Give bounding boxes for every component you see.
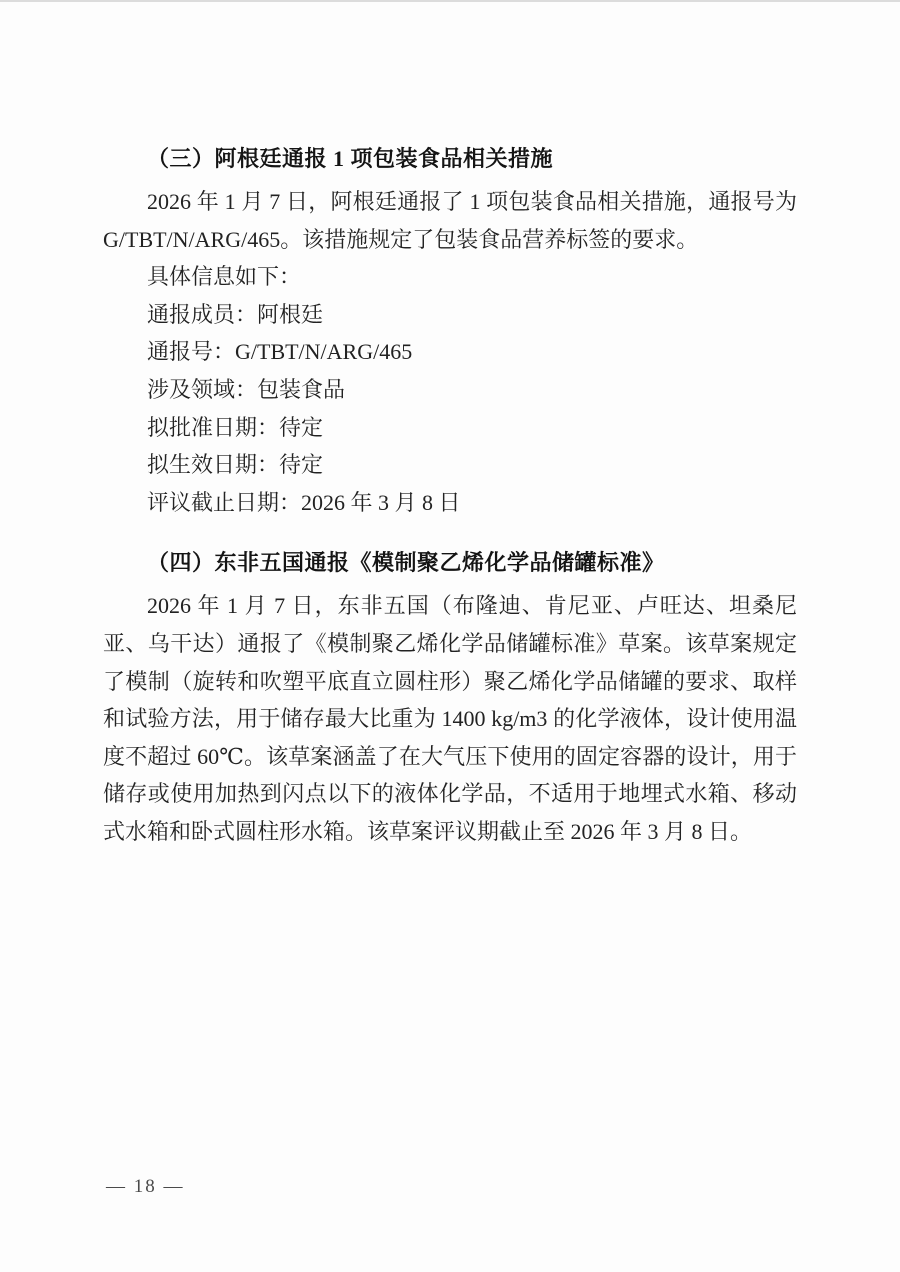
info-line-proposed-effective-date: 拟生效日期：待定 [103, 446, 797, 484]
info-line-notification-number: 通报号：G/TBT/N/ARG/465 [103, 333, 797, 371]
page-footer: — 18 — [106, 1176, 185, 1198]
section-argentina-packaged-food: （三）阿根廷通报 1 项包装食品相关措施 2026 年 1 月 7 日，阿根廷通… [103, 144, 797, 521]
section-east-africa-tank-standard: （四）东非五国通报《模制聚乙烯化学品储罐标准》 2026 年 1 月 7 日，东… [103, 548, 797, 850]
paragraph-intro: 2026 年 1 月 7 日，阿根廷通报了 1 项包装食品相关措施，通报号为 G… [103, 183, 797, 258]
section-heading: （四）东非五国通报《模制聚乙烯化学品储罐标准》 [103, 548, 797, 578]
info-line-field: 涉及领域：包装食品 [103, 371, 797, 409]
scan-edge-artifact [0, 0, 900, 2]
info-line-comment-deadline: 评议截止日期：2026 年 3 月 8 日 [103, 484, 797, 522]
info-line-proposed-adoption-date: 拟批准日期：待定 [103, 409, 797, 447]
paragraph-body: 2026 年 1 月 7 日，东非五国（布隆迪、肯尼亚、卢旺达、坦桑尼亚、乌干达… [103, 587, 797, 850]
document-content: （三）阿根廷通报 1 项包装食品相关措施 2026 年 1 月 7 日，阿根廷通… [103, 144, 797, 851]
document-page: （三）阿根廷通报 1 项包装食品相关措施 2026 年 1 月 7 日，阿根廷通… [0, 0, 900, 1272]
info-line-notifying-member: 通报成员：阿根廷 [103, 296, 797, 334]
info-list-lead: 具体信息如下： [103, 258, 797, 296]
section-heading: （三）阿根廷通报 1 项包装食品相关措施 [103, 144, 797, 174]
page-number: — 18 — [106, 1176, 185, 1197]
